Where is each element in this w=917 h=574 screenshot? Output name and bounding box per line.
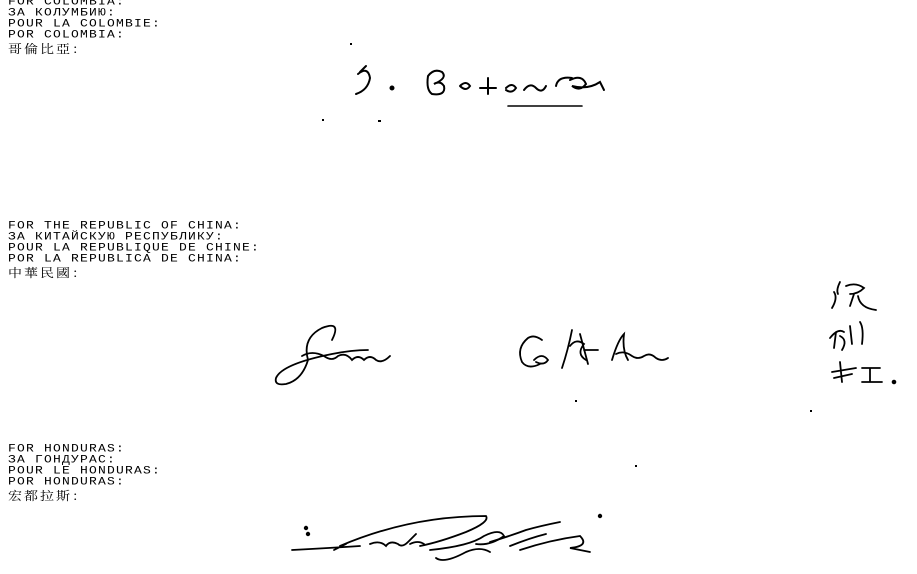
label-english: FOR THE REPUBLIC OF CHINA:: [8, 221, 260, 230]
label-russian: ЗА ГОНДУРАС:: [8, 455, 161, 464]
label-french: POUR LE HONDURAS:: [8, 466, 161, 475]
label-french: POUR LA COLOMBIE:: [8, 19, 161, 28]
scan-speck: [810, 410, 812, 412]
scan-speck: [350, 43, 352, 45]
label-english: FOR HONDURAS:: [8, 444, 161, 453]
label-chinese: 宏都拉斯：: [8, 490, 161, 499]
label-chinese: 中華民國：: [8, 267, 260, 276]
label-french: POUR LA REPUBLIQUE DE CHINE:: [8, 243, 260, 252]
label-spanish: POR LA REPUBLICA DE CHINA:: [8, 254, 260, 263]
signature-chinese-characters: [828, 278, 908, 402]
label-russian: ЗА КИТАЙСКУЮ РЕСПУБЛИКУ:: [8, 232, 260, 241]
scan-speck: [322, 119, 324, 121]
signature-colombia: [350, 60, 610, 114]
signature-block-honduras: FOR HONDURAS: ЗА ГОНДУРАС: POUR LE HONDU…: [8, 444, 161, 501]
label-russian: ЗА КОЛУМБИЮ:: [8, 8, 161, 17]
label-chinese: 哥倫比亞：: [8, 43, 161, 52]
scan-speck: [635, 465, 637, 467]
signature-block-republic-of-china: FOR THE REPUBLIC OF CHINA: ЗА КИТАЙСКУЮ …: [8, 221, 260, 278]
label-spanish: POR HONDURAS:: [8, 477, 161, 486]
signature-block-colombia: FOR COLOMBIA: ЗА КОЛУМБИЮ: POUR LA COLOM…: [8, 0, 161, 54]
scan-speck: [378, 120, 381, 122]
scan-speck: [575, 400, 577, 402]
signature-honduras: [290, 506, 610, 574]
signature-republic-of-china: [272, 320, 792, 404]
label-spanish: POR COLOMBIA:: [8, 30, 161, 39]
